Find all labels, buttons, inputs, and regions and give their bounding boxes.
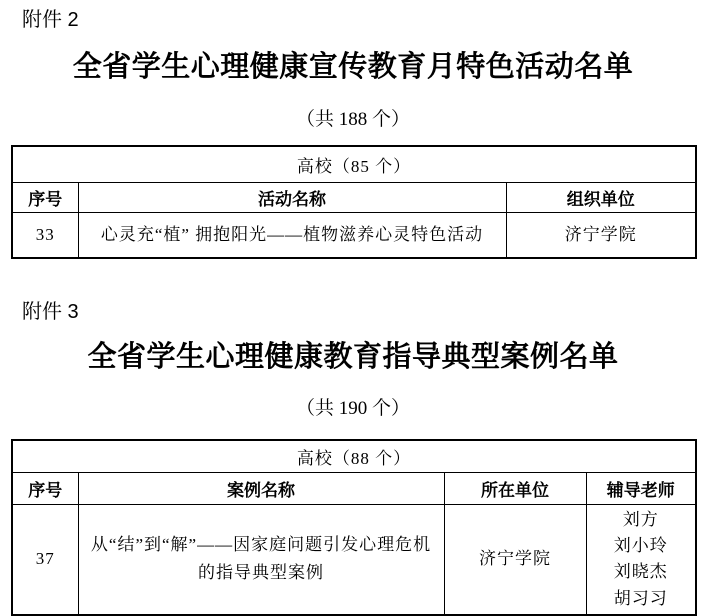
- column-header-activity-name: 活动名称: [78, 182, 506, 212]
- attachment2-label: 附件 2: [22, 8, 79, 32]
- activity-name-cell: 心灵充“植” 拥抱阳光——植物滋养心灵特色活动: [78, 212, 506, 258]
- attachment3-label: 附件 3: [22, 300, 79, 324]
- group-header-universities: 高校（88 个）: [12, 440, 696, 472]
- column-header-unit: 所在单位: [444, 472, 586, 504]
- column-header-organizer: 组织单位: [506, 182, 696, 212]
- teacher-name: 刘小玲: [593, 533, 690, 559]
- attachment3-title: 全省学生心理健康教育指导典型案例名单: [0, 340, 706, 375]
- row-number-cell: 33: [12, 212, 78, 258]
- table-group-header-row: 高校（88 个）: [12, 440, 696, 472]
- table-column-header-row: 序号 活动名称 组织单位: [12, 182, 696, 212]
- column-header-teachers: 辅导老师: [586, 472, 696, 504]
- row-number-cell: 37: [12, 504, 78, 615]
- column-header-case-name: 案例名称: [78, 472, 444, 504]
- column-header-seq-no: 序号: [12, 472, 78, 504]
- case-name-cell: 从“结”到“解”——因家庭问题引发心理危机的指导典型案例: [78, 504, 444, 615]
- teacher-name: 刘方: [593, 507, 690, 533]
- teacher-name: 刘晓杰: [593, 559, 690, 585]
- attachment3-count: （共 190 个）: [0, 398, 706, 421]
- unit-cell: 济宁学院: [444, 504, 586, 615]
- attachment2-count: （共 188 个）: [0, 109, 706, 132]
- teacher-name: 胡习习: [593, 586, 690, 612]
- attachment2-title: 全省学生心理健康宣传教育月特色活动名单: [0, 50, 706, 85]
- typical-cases-table: 高校（88 个） 序号 案例名称 所在单位 辅导老师 37 从“结”到“解”——…: [11, 439, 697, 616]
- table-group-header-row: 高校（85 个）: [12, 146, 696, 182]
- table-column-header-row: 序号 案例名称 所在单位 辅导老师: [12, 472, 696, 504]
- organizer-cell: 济宁学院: [506, 212, 696, 258]
- table-row: 33 心灵充“植” 拥抱阳光——植物滋养心灵特色活动 济宁学院: [12, 212, 696, 258]
- teachers-cell: 刘方 刘小玲 刘晓杰 胡习习: [586, 504, 696, 615]
- column-header-seq-no: 序号: [12, 182, 78, 212]
- table-row: 37 从“结”到“解”——因家庭问题引发心理危机的指导典型案例 济宁学院 刘方 …: [12, 504, 696, 615]
- document-page: 附件 2 全省学生心理健康宣传教育月特色活动名单 （共 188 个） 高校（85…: [0, 0, 706, 616]
- featured-activities-table: 高校（85 个） 序号 活动名称 组织单位 33 心灵充“植” 拥抱阳光——植物…: [11, 145, 697, 259]
- group-header-universities: 高校（85 个）: [12, 146, 696, 182]
